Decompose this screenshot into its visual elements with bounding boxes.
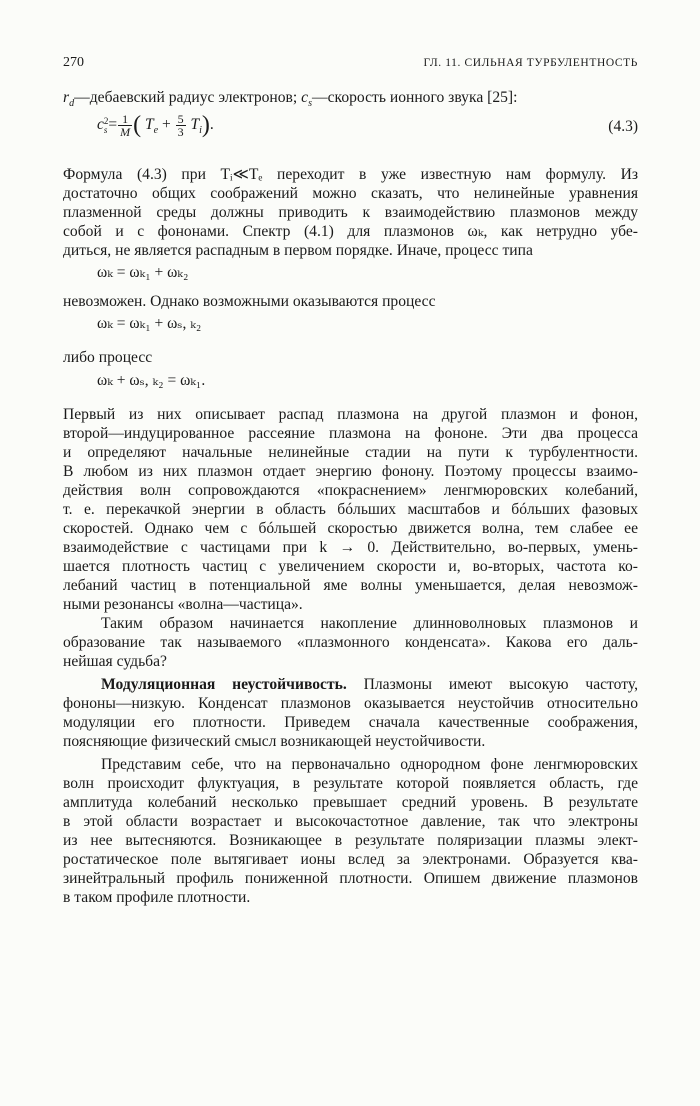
- paragraph-2-line-3: и определяют начальные нелинейные стадии…: [63, 443, 638, 462]
- paragraph-3-line-3: нейшая судьба?: [63, 652, 638, 671]
- paragraph-5-line-4: в этой области возрастает и высокочастот…: [63, 812, 638, 831]
- page-number: 270: [63, 55, 84, 71]
- intro-text-a: —дебаевский радиус электронов;: [74, 89, 301, 106]
- paragraph-2-line-5: действия волн сопровождаются «покраснени…: [63, 481, 638, 500]
- eq-equals: =: [108, 116, 117, 133]
- paragraph-4-line-1: Модуляционная неустойчивость. Плазмоны и…: [63, 675, 638, 694]
- paragraph-2-line-9: шается плотность частиц с увеличением ск…: [63, 557, 638, 576]
- fraction-5-over-3: 53: [176, 113, 186, 138]
- open-paren: (: [133, 112, 141, 138]
- paragraph-2-line-10: лебаний частиц в потенциальной яме волны…: [63, 576, 638, 595]
- process-formula-2: ωₖ = ωₖ₁ + ωₛ, ₖ₂: [97, 313, 201, 335]
- paragraph-5-line-6: ростатическое поле вытягивает ионы вслед…: [63, 850, 638, 869]
- paragraph-3-line-2: образование так называемого «плазмонного…: [63, 633, 638, 652]
- ti-symbol: T: [190, 116, 199, 133]
- paragraph-4-first-line-rest: Плазмоны имеют высокую частоту,: [347, 676, 638, 693]
- intro-text-b: —скорость ионного звука [25]:: [312, 89, 517, 106]
- page-header: 270 ГЛ. 11. СИЛЬНАЯ ТУРБУЛЕНТНОСТЬ: [63, 55, 638, 75]
- plus-sign: +: [162, 116, 171, 133]
- paragraph-2-line-1: Первый из них описывает распад плазмона …: [63, 405, 638, 424]
- paragraph-1-line-4: собой и с фононами. Спектр (4.1) для пла…: [63, 222, 638, 241]
- frac-den: M: [118, 126, 132, 138]
- equation-4-3: c2s=1M( Te + 53 Ti).: [97, 113, 214, 138]
- paragraph-5-line-3: амплитуда колебаний несколько превышает …: [63, 793, 638, 812]
- paragraph-4-line-2: фононы—низкую. Конденсат плазмонов оказы…: [63, 694, 638, 713]
- paragraph-1-line-2: достаточно общих соображений можно сказа…: [63, 184, 638, 203]
- eq-period: .: [210, 116, 214, 133]
- intro-line: rd—дебаевский радиус электронов; cs—скор…: [63, 88, 638, 107]
- paragraph-1-line-3: плазменной среды должны приводить к взаи…: [63, 203, 638, 222]
- eq-lhs: c: [97, 116, 104, 133]
- running-head: ГЛ. 11. СИЛЬНАЯ ТУРБУЛЕНТНОСТЬ: [424, 57, 639, 69]
- paragraph-5-line-5: из нее вытесняются. Возникающее в резуль…: [63, 831, 638, 850]
- paragraph-1-line-1: Формула (4.3) при Tᵢ≪Tₑ переходит в уже …: [63, 165, 638, 184]
- equation-number-4-3: (4.3): [608, 118, 638, 136]
- paragraph-5-line-1: Представим себе, что на первоначально од…: [63, 755, 638, 774]
- close-paren: ): [202, 112, 210, 138]
- document-page: 270 ГЛ. 11. СИЛЬНАЯ ТУРБУЛЕНТНОСТЬ rd—де…: [0, 0, 700, 1106]
- paragraph-1-line-5: диться, не является распадным в первом п…: [63, 241, 638, 260]
- frac-den: 3: [176, 126, 186, 138]
- paragraph-5-line-8: в таком профиле плотности.: [63, 888, 638, 907]
- paragraph-2-line-6: т. е. перекачкой энергии в область бóльш…: [63, 500, 638, 519]
- te-sub: e: [154, 125, 158, 136]
- section-heading-modulation-instability: Модуляционная неустойчивость.: [101, 676, 347, 693]
- paragraph-4-line-3: модуляции его плотности. Приведем сначал…: [63, 713, 638, 732]
- line-either: либо процесс: [63, 348, 638, 367]
- paragraph-2-line-7: скоростей. Однако чем с бóльшей скорость…: [63, 519, 638, 538]
- paragraph-5-line-7: зинейтральный профиль пониженной плотнос…: [63, 869, 638, 888]
- paragraph-5-line-2: волн происходит флуктуация, в результате…: [63, 774, 638, 793]
- paragraph-2-line-4: В любом из них плазмон отдает энергию фо…: [63, 462, 638, 481]
- paragraph-3-line-1: Таким образом начинается накопление длин…: [63, 614, 638, 633]
- paragraph-2-line-2: второй—индуцированное рассеяние плазмона…: [63, 424, 638, 443]
- fraction-1-over-m: 1M: [118, 113, 132, 138]
- line-impossible: невозможен. Однако возможными оказываютс…: [63, 292, 638, 311]
- process-formula-1: ωₖ = ωₖ₁ + ωₖ₂: [97, 262, 188, 284]
- paragraph-4-line-4: поясняющие физический смысл возникающей …: [63, 732, 638, 751]
- process-formula-3: ωₖ + ωₛ, ₖ₂ = ωₖ₁.: [97, 370, 205, 392]
- paragraph-2-line-8: взаимодействие с частицами при k → 0. Де…: [63, 538, 638, 557]
- te-symbol: T: [145, 116, 154, 133]
- paragraph-2-line-11: ными резонансы «волна—частица».: [63, 595, 638, 614]
